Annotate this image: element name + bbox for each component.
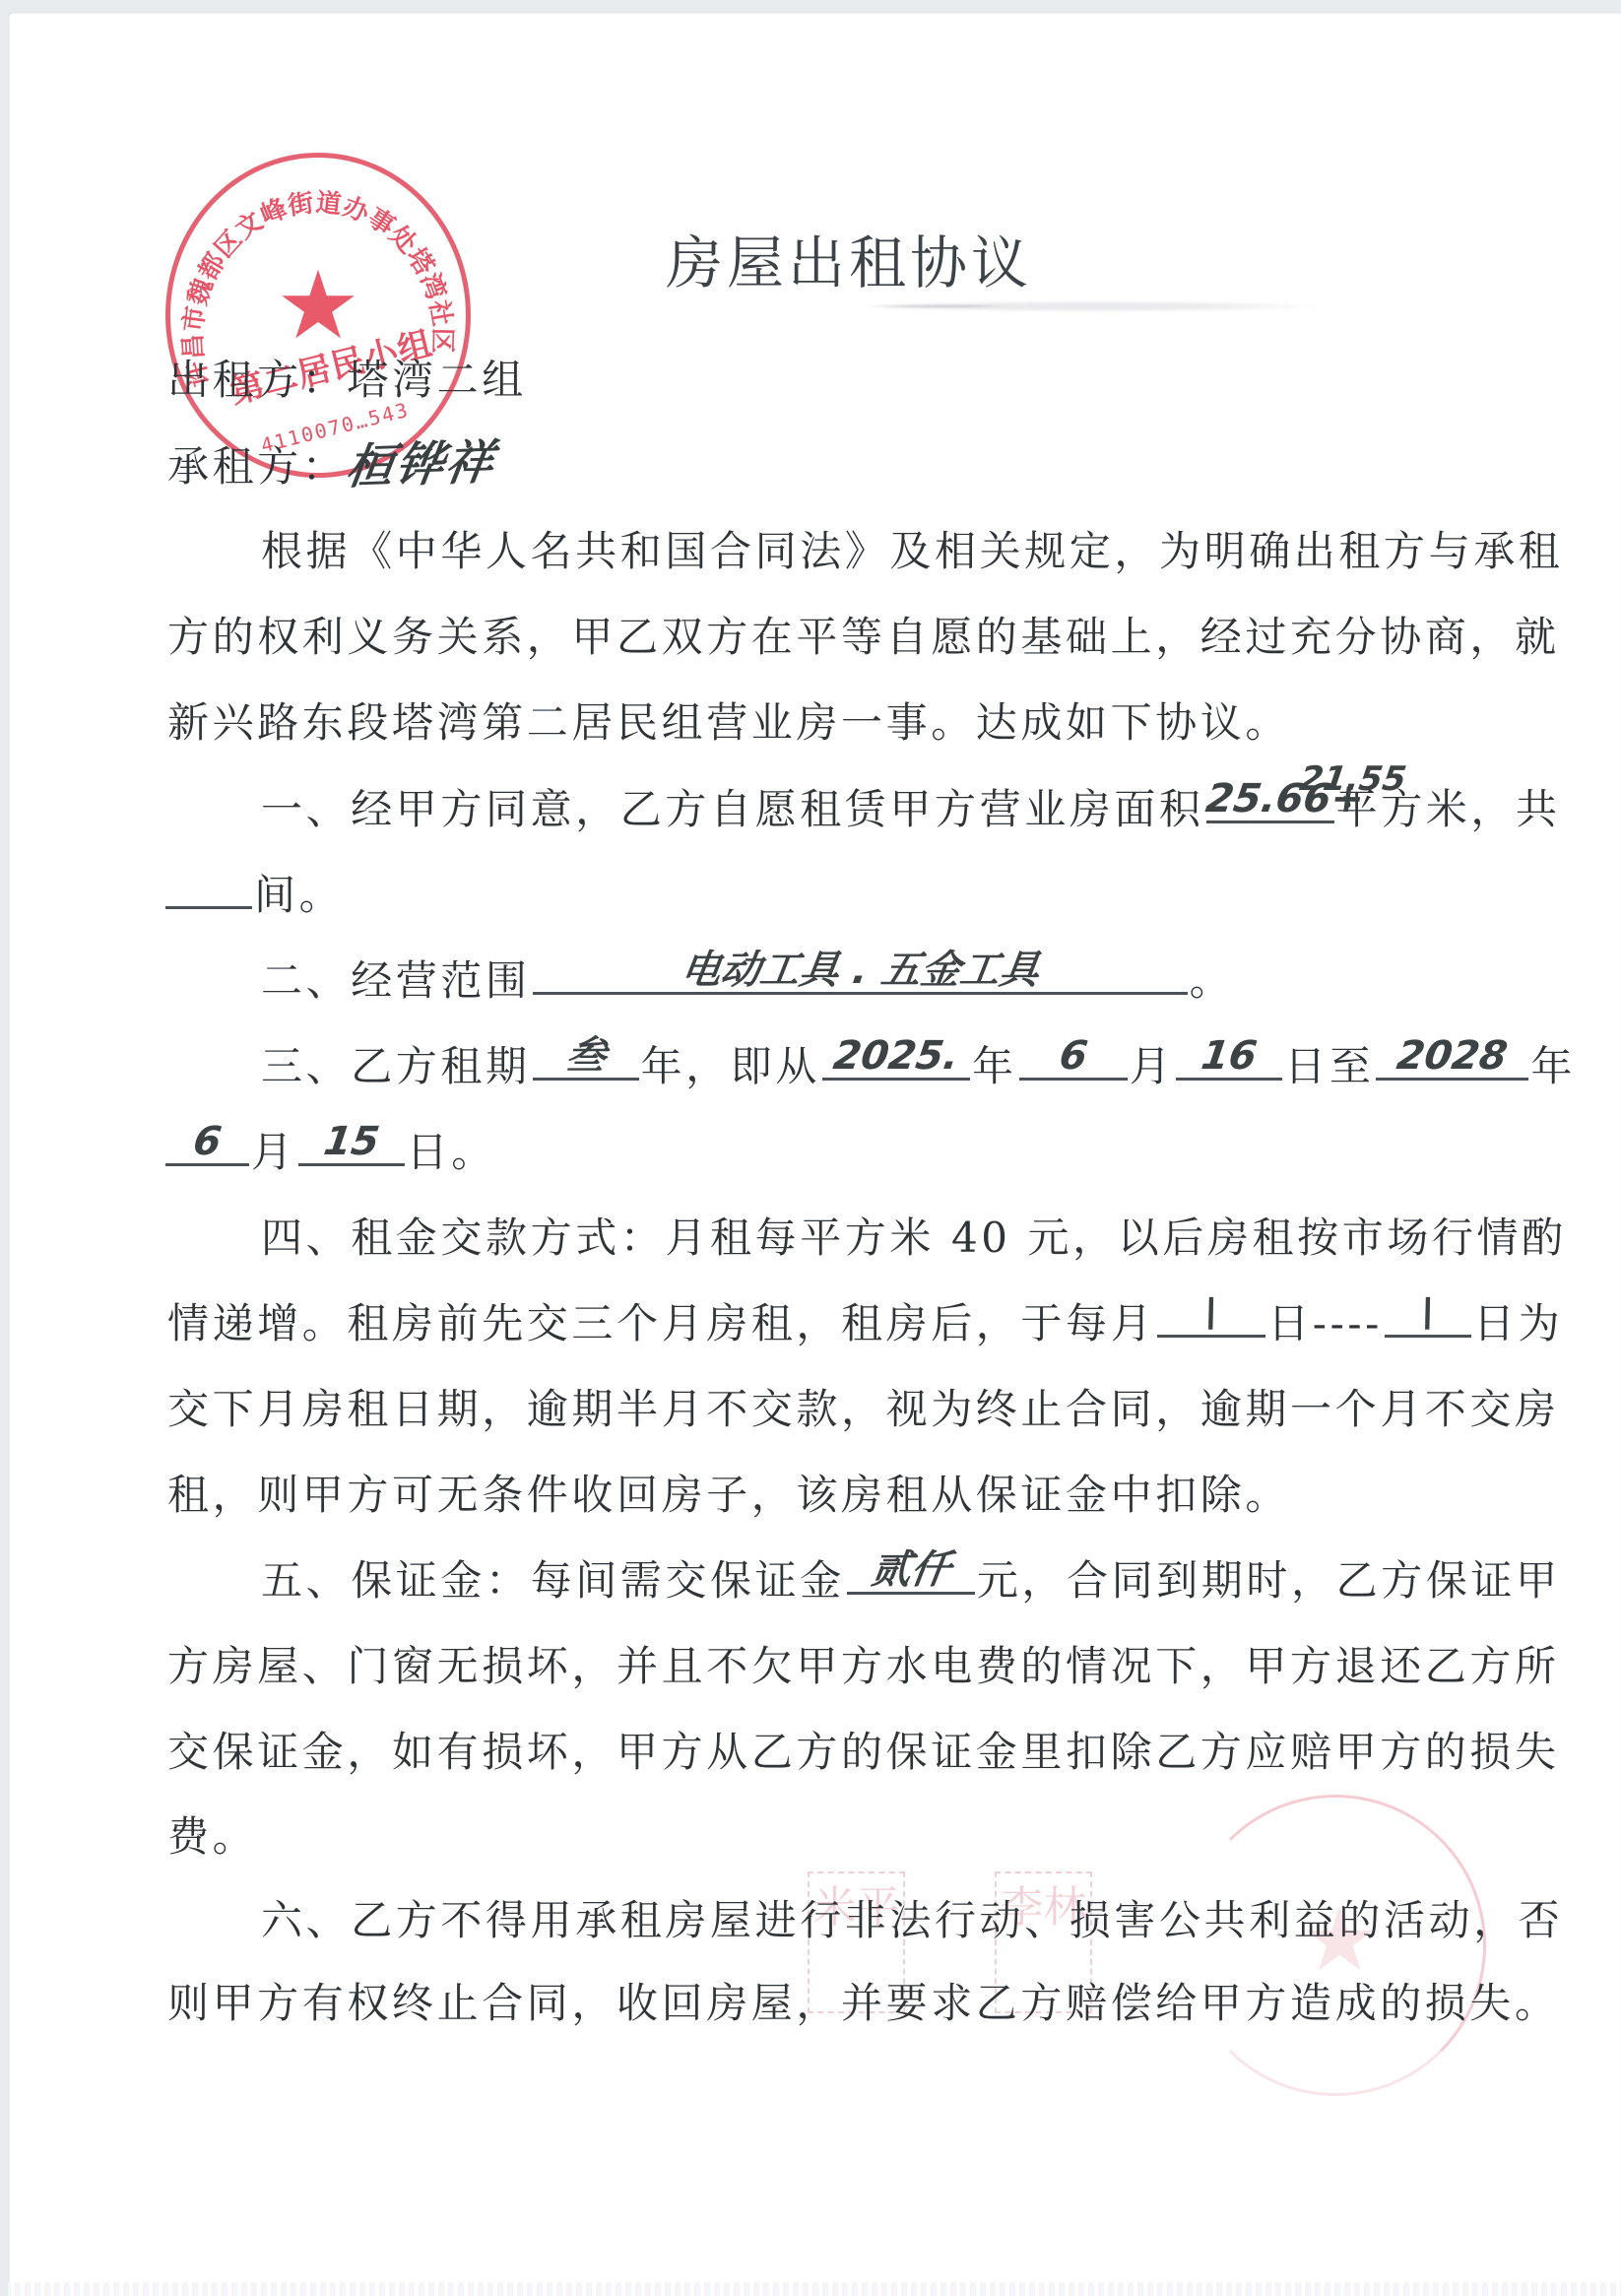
fill-in-blank: 6 xyxy=(1019,1077,1128,1081)
text-line: 则甲方有权终止合同，收回房屋，并要求乙方赔偿给甲方造成的损失。 xyxy=(167,1960,1560,2046)
printed-text: 交下月房租日期，逾期半月不交款，视为终止合同，逾期一个月不交房 xyxy=(167,1366,1560,1452)
fill-in-blank: \ xyxy=(1157,1334,1265,1338)
handwritten-entry: 15 xyxy=(294,1118,408,1165)
scan-edge xyxy=(8,2282,1621,2296)
fill-in-blank: 2025. xyxy=(822,1077,970,1081)
text-line: 新兴路东段塔湾第二居民组营业房一事。达成如下协议。 xyxy=(167,680,1290,765)
handwritten-entry-superscript: 21.55 xyxy=(1296,755,1396,803)
text-line: 间。 xyxy=(163,852,344,938)
handwritten-entry: 2028 xyxy=(1373,1032,1532,1080)
printed-text: 费。 xyxy=(167,1794,257,1879)
text-line: 五、保证金：每间需交保证金贰仟元，合同到期时，乙方保证甲 xyxy=(261,1538,1561,1623)
text-line: 四、租金交款方式：月租每平方米 40 元，以后房租按市场行情酌 xyxy=(261,1195,1567,1280)
agreement-body: 出租方：塔湾二组承租方：桓铧祥根据《中华人名共和国合同法》及相关规定，为明确出租… xyxy=(8,12,1621,2296)
handwritten-entry: 6 xyxy=(1015,1032,1131,1080)
fill-in-blank: 15 xyxy=(298,1162,405,1166)
printed-text: 月 xyxy=(251,1109,296,1195)
printed-text: 年 xyxy=(1530,1023,1576,1109)
printed-text: 日为 xyxy=(1473,1280,1563,1366)
printed-text: 六、乙方不得用承租房屋进行非法行动、损害公共利益的活动，否 xyxy=(261,1877,1563,1963)
printed-text: 二、经营范围 xyxy=(261,938,531,1023)
fill-in-blank: \ xyxy=(1385,1334,1471,1338)
document-page: 许昌市魏都区文峰街道办事处塔湾社区居民委员会 ★ 第二居民小组 4110070…… xyxy=(8,12,1621,2296)
fill-in-blank: 25.66+21.55 xyxy=(1206,820,1334,823)
text-line: 方房屋、门窗无损坏，并且不欠甲方水电费的情况下，甲方退还乙方所 xyxy=(167,1623,1560,1709)
printed-text: 四、租金交款方式：月租每平方米 40 元，以后房租按市场行情酌 xyxy=(261,1195,1567,1280)
printed-text: 年，即从 xyxy=(641,1023,820,1109)
text-line: 费。 xyxy=(167,1794,257,1879)
handwritten-entry: 叁 xyxy=(529,1032,642,1080)
text-line: 租，则甲方可无条件收回房子，该房租从保证金中扣除。 xyxy=(167,1452,1290,1538)
fill-in-blank: 6 xyxy=(165,1162,249,1166)
printed-text: 承租方： xyxy=(167,424,347,509)
printed-text: 年 xyxy=(972,1023,1017,1109)
text-line: 情递增。租房前先交三个月房租，租房后，于每月\日----\日为 xyxy=(167,1280,1563,1366)
text-line: 出租方：塔湾二组 xyxy=(167,337,527,423)
text-line: 三、乙方租期叁年，即从2025.年6月16日至2028年 xyxy=(261,1023,1576,1109)
printed-text: 。 xyxy=(1190,938,1235,1023)
handwritten-entry: 16 xyxy=(1173,1032,1286,1080)
printed-text: 五、保证金：每间需交保证金 xyxy=(261,1538,845,1623)
printed-text: 日至 xyxy=(1284,1023,1374,1109)
printed-text: 根据《中华人名共和国合同法》及相关规定，为明确出租方与承租 xyxy=(261,508,1563,594)
text-line: 六、乙方不得用承租房屋进行非法行动、损害公共利益的活动，否 xyxy=(261,1877,1563,1963)
printed-text: 日。 xyxy=(407,1109,496,1195)
fill-in-blank: 16 xyxy=(1176,1077,1282,1081)
fill-in-blank: 贰仟 xyxy=(847,1591,975,1595)
fill-in-blank: 电动工具 . 五金工具 xyxy=(533,991,1188,995)
printed-text: 月 xyxy=(1130,1023,1175,1109)
printed-text: 一、经甲方同意，乙方自愿租赁甲方营业房面积 xyxy=(261,766,1204,852)
printed-text: 交保证金，如有损坏，甲方从乙方的保证金里扣除乙方应赔甲方的损失 xyxy=(167,1709,1560,1795)
text-line: 承租方：桓铧祥 xyxy=(167,423,494,508)
printed-text: 则甲方有权终止合同，收回房屋，并要求乙方赔偿给甲方造成的损失。 xyxy=(167,1960,1560,2046)
handwritten-entry: \ xyxy=(1154,1289,1269,1337)
text-line: 根据《中华人名共和国合同法》及相关规定，为明确出租方与承租 xyxy=(261,508,1563,594)
printed-text: 间。 xyxy=(254,852,344,938)
printed-text: 出租方：塔湾二组 xyxy=(167,337,527,423)
printed-text: 方房屋、门窗无损坏，并且不欠甲方水电费的情况下，甲方退还乙方所 xyxy=(167,1623,1560,1709)
printed-text: 日---- xyxy=(1267,1280,1383,1366)
text-line: 交下月房租日期，逾期半月不交款，视为终止合同，逾期一个月不交房 xyxy=(167,1366,1560,1452)
handwritten-entry: 电动工具 . 五金工具 xyxy=(529,947,1191,994)
text-line: 方的权利义务关系，甲乙双方在平等自愿的基础上，经过充分协商，就 xyxy=(167,594,1560,680)
text-line: 6月15日。 xyxy=(163,1109,496,1195)
handwritten-signature: 桓铧祥 xyxy=(341,420,501,510)
printed-text: 新兴路东段塔湾第二居民组营业房一事。达成如下协议。 xyxy=(167,680,1290,765)
handwritten-entry: \ xyxy=(1382,1289,1475,1337)
printed-text: 元，合同到期时，乙方保证甲 xyxy=(977,1538,1561,1623)
text-line: 一、经甲方同意，乙方自愿租赁甲方营业房面积25.66+21.55平方米，共 xyxy=(261,766,1561,852)
text-line: 二、经营范围电动工具 . 五金工具。 xyxy=(261,938,1234,1023)
printed-text: 租，则甲方可无条件收回房子，该房租从保证金中扣除。 xyxy=(167,1452,1290,1538)
fill-in-blank: 2028 xyxy=(1376,1077,1528,1081)
text-line: 交保证金，如有损坏，甲方从乙方的保证金里扣除乙方应赔甲方的损失 xyxy=(167,1709,1560,1795)
handwritten-entry: 2025. xyxy=(819,1032,974,1080)
handwritten-entry: 6 xyxy=(162,1118,253,1165)
printed-text: 三、乙方租期 xyxy=(261,1023,531,1109)
printed-text: 情递增。租房前先交三个月房租，租房后，于每月 xyxy=(167,1280,1155,1366)
fill-in-blank: 叁 xyxy=(533,1077,639,1081)
fill-in-blank xyxy=(165,905,252,909)
printed-text: 方的权利义务关系，甲乙双方在平等自愿的基础上，经过充分协商，就 xyxy=(167,594,1560,680)
handwritten-entry: 贰仟 xyxy=(843,1546,978,1594)
